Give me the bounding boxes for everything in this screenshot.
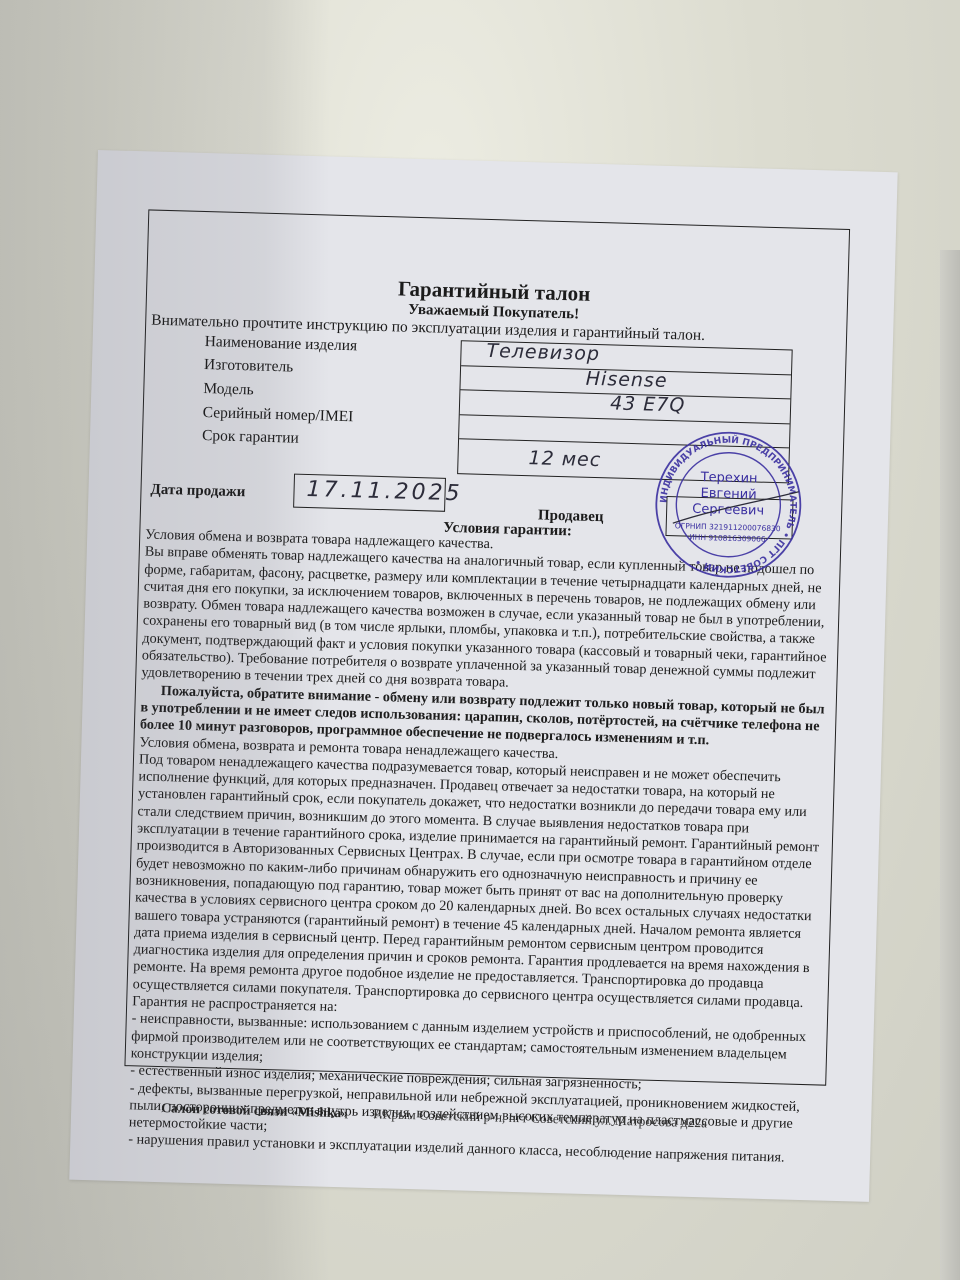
- field-label-model: Модель: [203, 380, 254, 399]
- field-label-manufacturer: Изготовитель: [204, 356, 294, 376]
- warranty-card-paper: Гарантийный талон Уважаемый Покупатель! …: [69, 150, 897, 1202]
- stamp-firstname: Евгений: [700, 486, 757, 503]
- background-object: [940, 250, 960, 1280]
- stamp-inn: ИНН 910816309066: [689, 533, 766, 544]
- stamp-surname: Терехин: [699, 470, 757, 487]
- field-label-warranty-period: Срок гарантии: [202, 427, 299, 448]
- conditions-body: Условия обмена и возврата товара надлежа…: [128, 526, 835, 1168]
- sale-date-label: Дата продажи: [150, 482, 245, 502]
- seller-stamp: ИНДИВИДУАЛЬНЫЙ ПРЕДПРИНИМАТЕЛЬ • ПГТ СОВ…: [651, 428, 805, 582]
- sale-date-field[interactable]: 17.11.2025: [293, 474, 446, 512]
- sale-date-value: 17.11.2025: [306, 477, 463, 506]
- stamp-patronymic: Сергеевич: [692, 502, 764, 519]
- stamp-ogrnip: ОГРНИП 321911200076830: [675, 521, 781, 533]
- conditions-paragraph: Под товаром ненадлежащего качества подра…: [132, 751, 828, 1012]
